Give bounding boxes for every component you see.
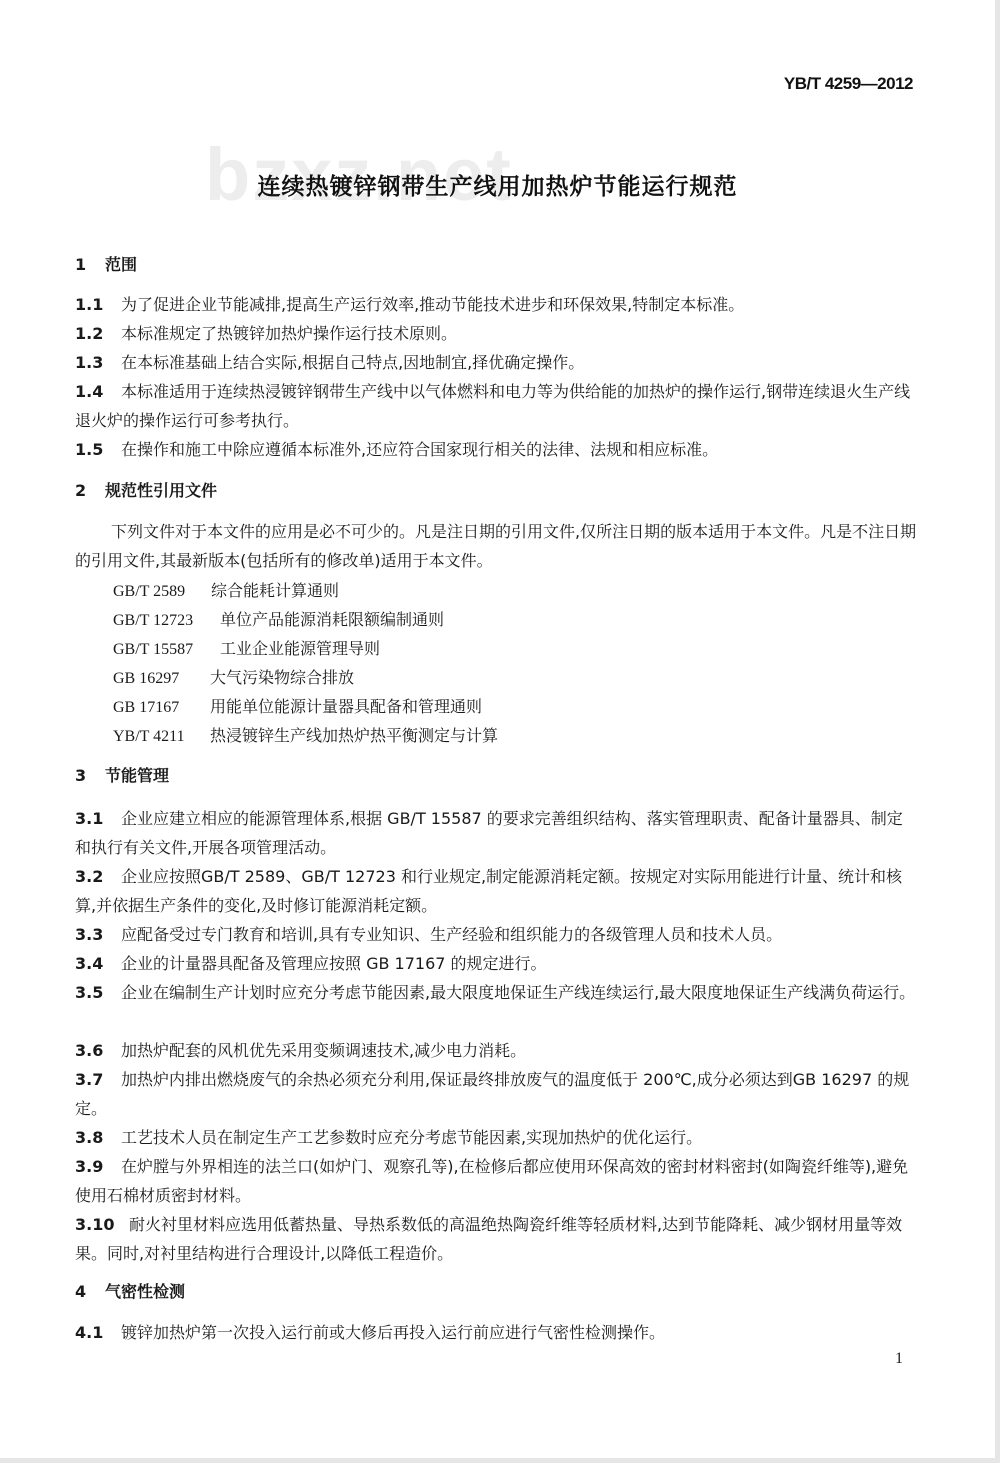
reference-item: GB 16297大气污染物综合排放 <box>113 668 354 689</box>
clause-text: 加热炉内排出燃烧废气的余热必须充分利用,保证最终排放废气的温度低于 200℃,成… <box>75 1070 909 1118</box>
clause-text: 在炉膛与外界相连的法兰口(如炉门、观察孔等),在检修后都应使用环保高效的密封材料… <box>75 1157 908 1205</box>
clause-number: 3.3 <box>75 920 121 949</box>
reference-title: 用能单位能源计量器具配备和管理通则 <box>210 697 482 716</box>
clause-number: 1.3 <box>75 348 121 377</box>
reference-item: GB/T 15587工业企业能源管理导则 <box>113 639 380 660</box>
clause-number: 3.9 <box>75 1152 121 1181</box>
section-title: 范围 <box>105 255 137 274</box>
clause-1-4: 1.4本标准适用于连续热浸镀锌钢带生产线中以气体燃料和电力等为供给能的加热炉的操… <box>75 377 918 435</box>
clause-number: 1.5 <box>75 435 121 464</box>
clause-text: 加热炉配套的风机优先采用变频调速技术,减少电力消耗。 <box>121 1041 526 1060</box>
clause-1-5: 1.5在操作和施工中除应遵循本标准外,还应符合国家现行相关的法律、法规和相应标准… <box>75 435 918 464</box>
section-number: 1 <box>75 255 105 275</box>
reference-code: GB/T 12723 <box>113 611 220 631</box>
clause-4-1: 4.1镀锌加热炉第一次投入运行前或大修后再投入运行前应进行气密性检测操作。 <box>75 1318 918 1347</box>
section-title: 规范性引用文件 <box>105 481 217 500</box>
reference-title: 大气污染物综合排放 <box>210 668 354 687</box>
reference-item: GB 17167用能单位能源计量器具配备和管理通则 <box>113 697 482 718</box>
reference-code: GB 17167 <box>113 698 210 718</box>
clause-number: 1.4 <box>75 377 121 406</box>
section-number: 3 <box>75 766 105 786</box>
reference-title: 综合能耗计算通则 <box>211 581 339 600</box>
clause-3-9: 3.9在炉膛与外界相连的法兰口(如炉门、观察孔等),在检修后都应使用环保高效的密… <box>75 1152 918 1210</box>
clause-number: 1.1 <box>75 290 121 319</box>
clause-3-7: 3.7加热炉内排出燃烧废气的余热必须充分利用,保证最终排放废气的温度低于 200… <box>75 1065 918 1123</box>
clause-text: 工艺技术人员在制定生产工艺参数时应充分考虑节能因素,实现加热炉的优化运行。 <box>121 1128 702 1147</box>
section-heading-4: 4气密性检测 <box>75 1282 185 1302</box>
clause-3-6: 3.6加热炉配套的风机优先采用变频调速技术,减少电力消耗。 <box>75 1036 918 1065</box>
reference-code: GB/T 15587 <box>113 640 220 660</box>
clause-number: 4.1 <box>75 1318 121 1347</box>
clause-3-5: 3.5企业在编制生产计划时应充分考虑节能因素,最大限度地保证生产线连续运行,最大… <box>75 978 918 1007</box>
reference-code: GB 16297 <box>113 669 210 689</box>
clause-text: 镀锌加热炉第一次投入运行前或大修后再投入运行前应进行气密性检测操作。 <box>121 1323 665 1342</box>
clause-text: 耐火衬里材料应选用低蓄热量、导热系数低的高温绝热陶瓷纤维等轻质材料,达到节能降耗… <box>75 1215 902 1263</box>
document-page: YB/T 4259—2012 bzxz.net 连续热镀锌钢带生产线用加热炉节能… <box>0 0 995 1458</box>
section-heading-3: 3节能管理 <box>75 766 169 786</box>
section-heading-2: 2规范性引用文件 <box>75 481 217 501</box>
clause-number: 3.10 <box>75 1210 129 1239</box>
references-intro: 下列文件对于本文件的应用是必不可少的。凡是注日期的引用文件,仅所注日期的版本适用… <box>75 517 918 575</box>
reference-title: 工业企业能源管理导则 <box>220 639 380 658</box>
clause-1-3: 1.3在本标准基础上结合实际,根据自己特点,因地制宜,择优确定操作。 <box>75 348 918 377</box>
clause-3-8: 3.8工艺技术人员在制定生产工艺参数时应充分考虑节能因素,实现加热炉的优化运行。 <box>75 1123 918 1152</box>
page-number: 1 <box>895 1350 903 1368</box>
standard-code: YB/T 4259—2012 <box>784 74 913 94</box>
clause-3-1: 3.1企业应建立相应的能源管理体系,根据 GB/T 15587 的要求完善组织结… <box>75 804 918 862</box>
clause-number: 3.8 <box>75 1123 121 1152</box>
clause-number: 3.6 <box>75 1036 121 1065</box>
reference-code: YB/T 4211 <box>113 727 210 747</box>
clause-number: 3.1 <box>75 804 121 833</box>
clause-3-10: 3.10耐火衬里材料应选用低蓄热量、导热系数低的高温绝热陶瓷纤维等轻质材料,达到… <box>75 1210 918 1268</box>
clause-1-2: 1.2本标准规定了热镀锌加热炉操作运行技术原则。 <box>75 319 918 348</box>
clause-3-2: 3.2企业应按照GB/T 2589、GB/T 12723 和行业规定,制定能源消… <box>75 862 918 920</box>
section-title: 气密性检测 <box>105 1282 185 1301</box>
clause-number: 3.4 <box>75 949 121 978</box>
clause-number: 3.2 <box>75 862 121 891</box>
clause-3-4: 3.4企业的计量器具配备及管理应按照 GB 17167 的规定进行。 <box>75 949 918 978</box>
clause-3-3: 3.3应配备受过专门教育和培训,具有专业知识、生产经验和组织能力的各级管理人员和… <box>75 920 918 949</box>
reference-code: GB/T 2589 <box>113 582 211 602</box>
section-heading-1: 1范围 <box>75 255 137 275</box>
clause-text: 为了促进企业节能减排,提高生产运行效率,推动节能技术进步和环保效果,特制定本标准… <box>121 295 744 314</box>
section-number: 2 <box>75 481 105 501</box>
reference-item: YB/T 4211热浸镀锌生产线加热炉热平衡测定与计算 <box>113 726 498 747</box>
clause-1-1: 1.1为了促进企业节能减排,提高生产运行效率,推动节能技术进步和环保效果,特制定… <box>75 290 918 319</box>
reference-title: 热浸镀锌生产线加热炉热平衡测定与计算 <box>210 726 498 745</box>
clause-text: 本标准适用于连续热浸镀锌钢带生产线中以气体燃料和电力等为供给能的加热炉的操作运行… <box>75 382 910 430</box>
clause-text: 企业应按照GB/T 2589、GB/T 12723 和行业规定,制定能源消耗定额… <box>75 867 902 915</box>
reference-item: GB/T 2589综合能耗计算通则 <box>113 581 339 602</box>
clause-text: 应配备受过专门教育和培训,具有专业知识、生产经验和组织能力的各级管理人员和技术人… <box>121 925 782 944</box>
clause-text: 在操作和施工中除应遵循本标准外,还应符合国家现行相关的法律、法规和相应标准。 <box>121 440 718 459</box>
clause-number: 1.2 <box>75 319 121 348</box>
section-title: 节能管理 <box>105 766 169 785</box>
section-number: 4 <box>75 1282 105 1302</box>
clause-text: 企业应建立相应的能源管理体系,根据 GB/T 15587 的要求完善组织结构、落… <box>75 809 903 857</box>
clause-number: 3.7 <box>75 1065 121 1094</box>
clause-text: 企业在编制生产计划时应充分考虑节能因素,最大限度地保证生产线连续运行,最大限度地… <box>121 983 915 1002</box>
document-title: 连续热镀锌钢带生产线用加热炉节能运行规范 <box>0 168 995 201</box>
clause-text: 企业的计量器具配备及管理应按照 GB 17167 的规定进行。 <box>121 954 547 973</box>
reference-title: 单位产品能源消耗限额编制通则 <box>220 610 444 629</box>
clause-number: 3.5 <box>75 978 121 1007</box>
reference-item: GB/T 12723单位产品能源消耗限额编制通则 <box>113 610 444 631</box>
clause-text: 在本标准基础上结合实际,根据自己特点,因地制宜,择优确定操作。 <box>121 353 584 372</box>
clause-text: 本标准规定了热镀锌加热炉操作运行技术原则。 <box>121 324 457 343</box>
